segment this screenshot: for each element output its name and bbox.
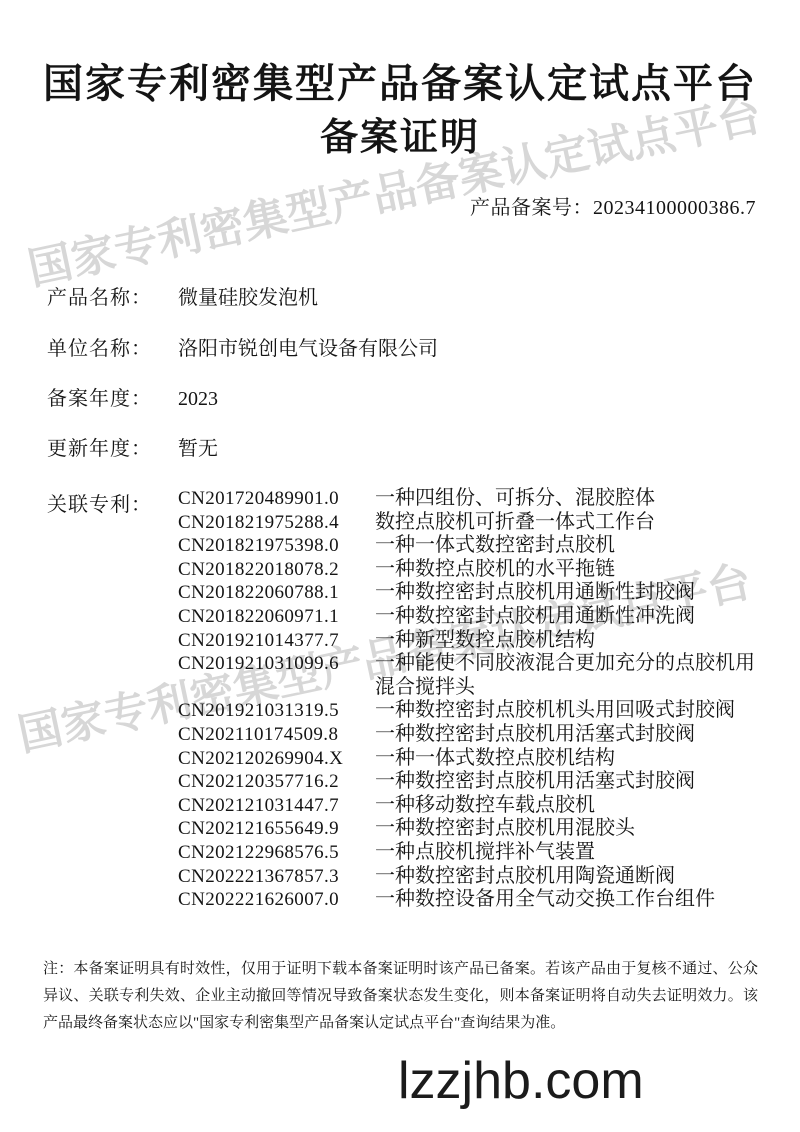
patent-title: 一种一体式数控密封点胶机 [375,534,763,558]
patent-title: 一种数控密封点胶机用活塞式封胶阀 [375,723,763,747]
patent-row: CN201921031099.6 一种能使不同胶液混合更加充分的点胶机用混合搅拌… [178,652,778,699]
patent-row: CN202221626007.0 一种数控设备用全气动交换工作台组件 [178,888,778,912]
patent-number: CN201720489901.0 [178,487,375,511]
patent-title: 一种数控密封点胶机用混胶头 [375,817,763,841]
patent-number: CN201822060788.1 [178,581,375,605]
patent-title: 一种新型数控点胶机结构 [375,629,763,653]
patent-title: 一种数控密封点胶机用通断性封胶阀 [375,581,763,605]
patent-row: CN202121031447.7 一种移动数控车载点胶机 [178,794,778,818]
patent-number: CN202221367857.3 [178,865,375,889]
patent-title: 一种四组份、可拆分、混胶腔体 [375,487,763,511]
field-update-year-value: 暂无 [178,438,218,460]
validity-note: 注：本备案证明具有时效性，仅用于证明下载本备案证明时该产品已备案。若该产品由于复… [43,956,758,1037]
patent-number: CN202121031447.7 [178,794,375,818]
patent-title: 一种数控密封点胶机用通断性冲洗阀 [375,605,763,629]
field-company-name-label: 单位名称： [47,332,178,361]
patent-row: CN201821975398.0 一种一体式数控密封点胶机 [178,534,778,558]
patent-row: CN202110174509.8 一种数控密封点胶机用活塞式封胶阀 [178,723,778,747]
field-record-year: 备案年度：2023 [47,382,218,411]
patent-title: 一种能使不同胶液混合更加充分的点胶机用混合搅拌头 [375,652,763,699]
patent-title: 一种一体式数控点胶机结构 [375,747,763,771]
patent-number: CN201921014377.7 [178,629,375,653]
patent-title: 一种数控密封点胶机用活塞式封胶阀 [375,770,763,794]
registration-number-line: 产品备案号：20234100000386.7 [470,191,756,220]
related-patents-label: 关联专利： [47,488,152,517]
patent-number: CN202120269904.X [178,747,375,771]
patent-number: CN202110174509.8 [178,723,375,747]
patent-number: CN202221626007.0 [178,888,375,912]
field-product-name: 产品名称：微量硅胶发泡机 [47,281,318,310]
document-title-line2: 备案证明 [0,106,800,161]
patent-row: CN202120357716.2 一种数控密封点胶机用活塞式封胶阀 [178,770,778,794]
field-record-year-value: 2023 [178,388,218,410]
patent-title: 一种数控密封点胶机机头用回吸式封胶阀 [375,699,763,723]
patent-number: CN201821975398.0 [178,534,375,558]
patent-list: CN201720489901.0 一种四组份、可拆分、混胶腔体 CN201821… [178,487,778,912]
field-update-year: 更新年度：暂无 [47,432,218,461]
patent-row: CN202120269904.X 一种一体式数控点胶机结构 [178,747,778,771]
field-product-name-label: 产品名称： [47,281,178,310]
patent-number: CN202120357716.2 [178,770,375,794]
patent-title: 一种点胶机搅拌补气装置 [375,841,763,865]
patent-title: 数控点胶机可折叠一体式工作台 [375,511,763,535]
patent-title: 一种数控设备用全气动交换工作台组件 [375,888,763,912]
field-company-name: 单位名称：洛阳市锐创电气设备有限公司 [47,332,438,361]
patent-title: 一种移动数控车载点胶机 [375,794,763,818]
patent-row: CN201921031319.5 一种数控密封点胶机机头用回吸式封胶阀 [178,699,778,723]
patent-title: 一种数控点胶机的水平拖链 [375,558,763,582]
patent-number: CN202121655649.9 [178,817,375,841]
patent-row: CN201822018078.2 一种数控点胶机的水平拖链 [178,558,778,582]
patent-number: CN201821975288.4 [178,511,375,535]
patent-row: CN202121655649.9 一种数控密封点胶机用混胶头 [178,817,778,841]
patent-number: CN201921031319.5 [178,699,375,723]
field-product-name-value: 微量硅胶发泡机 [178,287,318,309]
patent-number: CN201822018078.2 [178,558,375,582]
field-update-year-label: 更新年度： [47,432,178,461]
field-company-name-value: 洛阳市锐创电气设备有限公司 [178,338,438,360]
patent-number: CN201822060971.1 [178,605,375,629]
patent-row: CN201822060971.1 一种数控密封点胶机用通断性冲洗阀 [178,605,778,629]
patent-row: CN201821975288.4 数控点胶机可折叠一体式工作台 [178,511,778,535]
patent-row: CN201720489901.0 一种四组份、可拆分、混胶腔体 [178,487,778,511]
field-record-year-label: 备案年度： [47,382,178,411]
patent-number: CN201921031099.6 [178,652,375,676]
registration-number-value: 20234100000386.7 [593,197,756,219]
patent-title: 一种数控密封点胶机用陶瓷通断阀 [375,865,763,889]
patent-row: CN202122968576.5 一种点胶机搅拌补气装置 [178,841,778,865]
patent-row: CN201921014377.7 一种新型数控点胶机结构 [178,629,778,653]
patent-number: CN202122968576.5 [178,841,375,865]
patent-row: CN201822060788.1 一种数控密封点胶机用通断性封胶阀 [178,581,778,605]
patent-row: CN202221367857.3 一种数控密封点胶机用陶瓷通断阀 [178,865,778,889]
site-watermark-text: lzzjhb.com [398,1051,644,1111]
registration-number-label: 产品备案号： [470,197,593,219]
document-title-line1: 国家专利密集型产品备案认定试点平台 [0,52,800,109]
